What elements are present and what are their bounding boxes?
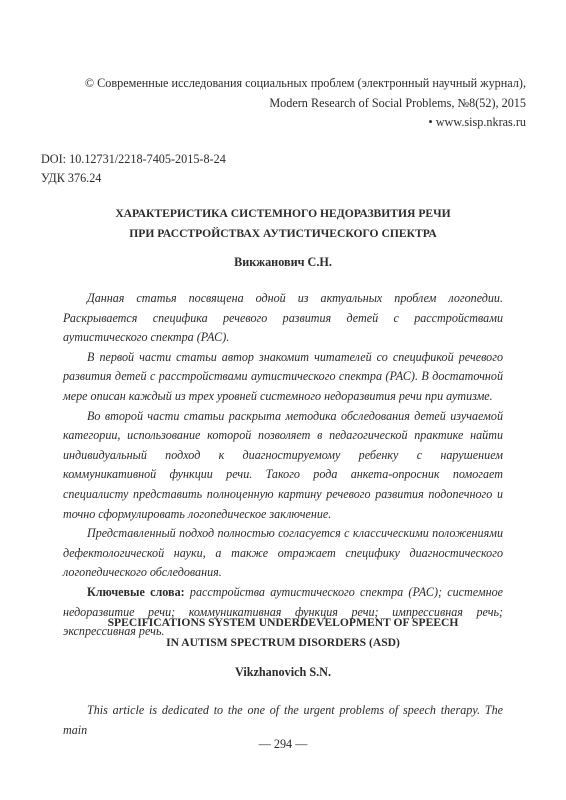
title-line: IN AUTISM SPECTRUM DISORDERS (ASD) — [40, 633, 526, 653]
journal-header: © Современные исследования социальных пр… — [85, 74, 526, 133]
abstract-paragraph: Во второй части статьи раскрыта методика… — [63, 407, 503, 525]
page-number: — 294 — — [0, 737, 566, 752]
udk: УДК 376.24 — [41, 169, 226, 188]
doi: DOI: 10.12731/2218-7405-2015-8-24 — [41, 150, 226, 169]
title-line: ПРИ РАССТРОЙСТВАХ АУТИСТИЧЕСКОГО СПЕКТРА — [40, 224, 526, 244]
keywords-label: Ключевые слова: — [87, 585, 185, 599]
article-title-en: SPECIFICATIONS SYSTEM UNDERDEVELOPMENT O… — [40, 613, 526, 653]
article-meta: DOI: 10.12731/2218-7405-2015-8-24 УДК 37… — [41, 150, 226, 188]
abstract-ru: Данная статья посвящена одной из актуаль… — [63, 289, 503, 642]
abstract-paragraph: Данная статья посвящена одной из актуаль… — [63, 289, 503, 348]
author-en: Vikzhanovich S.N. — [40, 665, 526, 680]
journal-website-link[interactable]: • www.sisp.nkras.ru — [85, 113, 526, 133]
abstract-paragraph: Представленный подход полностью согласуе… — [63, 524, 503, 583]
abstract-en: This article is dedicated to the one of … — [63, 701, 503, 740]
title-line: ХАРАКТЕРИСТИКА СИСТЕМНОГО НЕДОРАЗВИТИЯ Р… — [40, 204, 526, 224]
journal-name-en: Modern Research of Social Problems, №8(5… — [85, 94, 526, 114]
author-ru: Викжанович С.Н. — [40, 255, 526, 270]
title-line: SPECIFICATIONS SYSTEM UNDERDEVELOPMENT O… — [40, 613, 526, 633]
article-title-ru: ХАРАКТЕРИСТИКА СИСТЕМНОГО НЕДОРАЗВИТИЯ Р… — [40, 204, 526, 244]
journal-name-ru: © Современные исследования социальных пр… — [85, 74, 526, 94]
abstract-paragraph: This article is dedicated to the one of … — [63, 701, 503, 740]
abstract-paragraph: В первой части статьи автор знакомит чит… — [63, 348, 503, 407]
